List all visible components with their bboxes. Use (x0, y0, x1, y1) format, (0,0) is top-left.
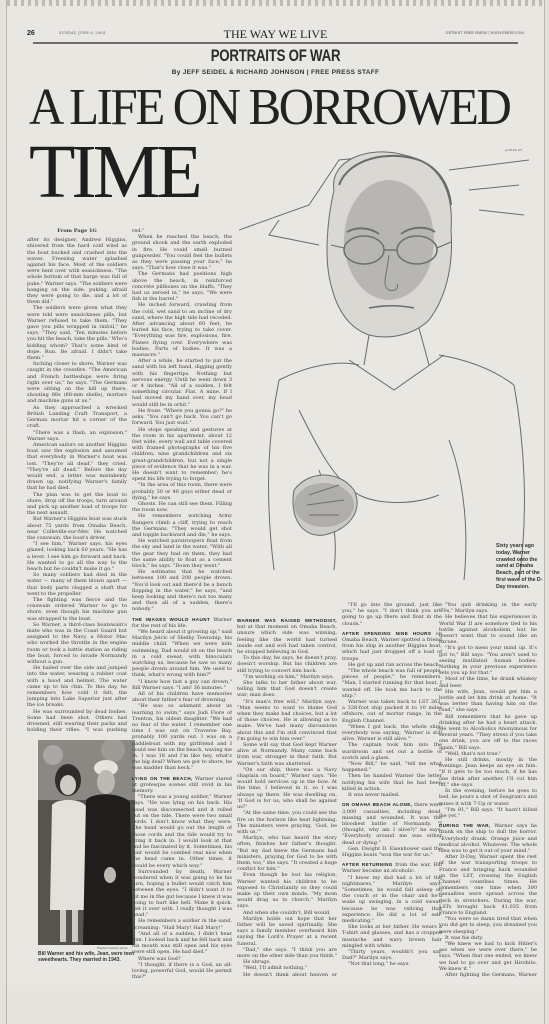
paragraph: "There was a young soldier," Warner says… (132, 794, 232, 868)
paragraph: "When I got back, the whole ship, everyb… (342, 724, 442, 743)
paragraph: "You were so damn tired that when you di… (439, 916, 537, 935)
paragraph: He remembers a soldier in the sand, scre… (132, 918, 232, 930)
column-2: red." When he reached the beach, the gro… (132, 228, 232, 978)
paragraph: The plan was to get the boat to shore, d… (27, 492, 127, 517)
photo-credit: Warner family photo (97, 946, 128, 950)
paragraph: Then he handed Warner the letter notifyi… (342, 773, 442, 792)
subsection-during-war: DURING THE WAR, Warner says he drank on … (439, 823, 537, 854)
paragraph: As they approached a wrecked British Lan… (27, 405, 127, 430)
subsection-nine-hours: AFTER SPENDING NINE HOURS on Omaha Beach… (342, 631, 442, 662)
paragraph: He still drinks, mostly in the evenings.… (439, 757, 537, 788)
paragraph: "Thirty years, wouldn't you say, Dad?" M… (342, 949, 442, 961)
paragraph: "We knew we had to kick Hitler's ass whe… (439, 941, 537, 972)
paragraph: Warner was taken back to LST 262, a 328-… (342, 699, 442, 724)
paragraph: "In the area of this room, there were pr… (132, 482, 232, 501)
paragraph: He was surrounded by dead bodies. Some h… (27, 709, 127, 733)
paragraph: He doesn't think about heaven or hell. (237, 972, 337, 978)
paragraph: She talks to her father about war, telli… (237, 680, 337, 699)
paragraph: She looks at her father. He wears a T-sh… (342, 924, 442, 949)
page-bottom-margin (7, 985, 544, 1024)
pencil-portrait-illustration (239, 150, 539, 590)
paragraph: "I'll go into the ground, just like you,… (342, 602, 442, 627)
paragraph: "You quit drinking in the early '70s," M… (439, 602, 537, 614)
subsection-images-haunt: THE IMAGES WOULD HAUNT Warner for the re… (132, 617, 232, 629)
paragraph: Marilyn, who has heard the story often, … (237, 835, 337, 872)
paragraph: "It's got to mess your mind up. It's got… (439, 645, 537, 676)
paragraph: He watched paratroopers float from the s… (132, 538, 232, 569)
paragraph: He believes that his experiences in Worl… (439, 614, 537, 645)
paragraph: "I see him," Warner says, his eyes glaze… (27, 541, 127, 572)
top-crop-strip (7, 0, 544, 6)
paragraph: In the evening, before he goes to bed, h… (439, 788, 537, 807)
paragraph: The soldiers were given what they were t… (27, 305, 127, 361)
paragraph: "I'm 81," Bill says. "It hasn't killed m… (439, 807, 537, 819)
paragraph: To this day, he says, he doesn't pray, d… (237, 655, 337, 674)
folio-bar: 26 SUNDAY, JUNE 6, 2004 THE WAY WE LIVE … (27, 28, 524, 40)
paragraph: Most of the time, he drank whiskey and b… (439, 676, 537, 688)
paragraph: "The whole beach was full of people, pie… (342, 668, 442, 699)
subsection-lead: THE IMAGES WOULD HAUNT (132, 617, 210, 622)
subsection-lead: AFTER SPENDING NINE HOURS (342, 631, 431, 636)
column-3: WARNER WAS RAISED METHODIST, but at that… (237, 618, 337, 978)
paragraph: He stops speaking and gestures at the ro… (132, 427, 232, 483)
paragraph: American sailors on another Higgins boat… (27, 442, 127, 492)
folio-rule (33, 42, 518, 44)
paragraph: He froze. "Where you gonna go?" he asks.… (132, 408, 232, 427)
column-4: "I'll go into the ground, just like you,… (342, 602, 442, 978)
paragraph: "And all of a sudden, I didn't hear him.… (132, 931, 232, 956)
subsection-lead: LYING ON THE BEACH, (132, 776, 193, 781)
paragraph: "There was a flash, an explosion," Warne… (27, 430, 127, 442)
paragraph: Inching closer to shore, Warner was caug… (27, 361, 127, 404)
byline: By JEFF SEIDEL & RICHARD JOHNSON | FREE … (7, 69, 544, 76)
subsection-raised-methodist: WARNER WAS RAISED METHODIST, but at that… (237, 618, 337, 655)
paragraph: "Dad," she says. "I think you are more o… (237, 947, 337, 959)
subsection-lead: WARNER WAS RAISED METHODIST, (237, 618, 337, 623)
column-1: From Page 1G after its designer, Andrew … (27, 228, 127, 733)
subsection-lead: AFTER RETURNING (342, 862, 393, 867)
subsection-lying-on-beach: LYING ON THE BEACH, Warner stared at gro… (132, 776, 232, 795)
subsection-after-returning: AFTER RETURNING from the war, Bill Warne… (342, 862, 442, 874)
newspaper-page: 26 SUNDAY, JUNE 6, 2004 THE WAY WE LIVE … (6, 0, 545, 1024)
paragraph: "We heard about it growing up," said Mar… (132, 629, 232, 679)
paragraph: Bill remembers that he gave up drinking … (439, 714, 537, 751)
paragraph: "I know my dad had a lot of the nightmar… (342, 875, 442, 925)
paragraph: He inched forward, crawling from the col… (132, 302, 232, 358)
paragraph: After D-Day, Warner spent the rest of th… (439, 854, 537, 916)
subsection-omaha-alone: ON OMAHA BEACH ALONE, there were 3,000 c… (342, 802, 442, 845)
couple-photo (38, 740, 135, 945)
portrait-caption: Sixty years ago today, Warner crawled on… (496, 543, 546, 591)
paragraph: "Not that long," he says. (342, 961, 442, 967)
paragraph: All of his children have memories about … (132, 691, 232, 703)
photo-caption: Bill Warner and his wife, Jean, were tee… (38, 951, 138, 964)
paragraph: It was never mailed. (342, 792, 442, 798)
paragraph: So Warner, a third-class boatswain's mat… (27, 622, 127, 665)
portrait-credit: portrait art (505, 148, 522, 152)
paragraph: after its designer, Andrew Higgins, shiv… (27, 237, 127, 305)
paragraph: After a while, he started to pat the san… (132, 358, 232, 408)
paragraph: After fighting the Germans, Warner expec… (439, 972, 537, 978)
paragraph: but at that moment on Omaha Beach, unsur… (237, 624, 337, 655)
paragraph: And when she couldn't, Bill would. (237, 910, 337, 916)
paragraph: His wife, Jean, would get him a bottle a… (439, 689, 537, 714)
paragraph: The fighting was fierce and the coxswain… (27, 597, 127, 622)
paragraph: Gen. Dwight D. Eisenhower said the Higgi… (342, 846, 442, 858)
paragraph: Even though he lost his religion, Warner… (237, 872, 337, 909)
paragraph: He estimates that he watched between 100… (132, 569, 232, 612)
headline-line-2: TIME (29, 134, 199, 210)
paragraph: there were 3,000 casualties, including d… (342, 802, 442, 845)
publication-name: DETROIT FREE PRESS | WWW.FREEP.COM (446, 31, 524, 35)
paragraph: "On our ship, there was a Navy chaplain … (237, 767, 337, 810)
paragraph: "Now Bill," he said, "tell me what happe… (342, 761, 442, 773)
paragraph: Surrounded by death, Warner wondered whe… (132, 869, 232, 919)
paragraph: Some will say that God kept Warner alive… (237, 742, 337, 767)
paragraph: Ghosts. He can still see them. Filling t… (132, 501, 232, 513)
paragraph: So many soldiers had died in the water —… (27, 572, 127, 597)
paragraph: "I thought, if there is a God, an all-lo… (132, 962, 232, 978)
paragraph: "I know how fast a guy can drown," Bill … (132, 679, 232, 691)
couple-photo-image (38, 740, 135, 945)
subsection-lead: DURING THE WAR, (439, 823, 491, 828)
subsection-lead: ON OMAHA BEACH ALONE, (342, 802, 412, 807)
paragraph: Marilyn holds out hope that her father w… (237, 916, 337, 947)
paragraph: When he reached the beach, the ground sh… (132, 234, 232, 271)
paragraph: "At the same time, you could see the fir… (237, 810, 337, 835)
headline-line-1: A LIFE ON BORROWED (29, 80, 509, 136)
paragraph: He bailed over the side and jumped into … (27, 665, 127, 708)
jump-line: From Page 1G (27, 228, 127, 234)
column-5: "You quit drinking in the early '70s," M… (439, 602, 537, 978)
paragraph: "He was so adamant about us learning to … (132, 703, 232, 771)
paragraph: The captain took him into the wardroom a… (342, 742, 442, 761)
paragraph: "It's man's free will," Marilyn says. "M… (237, 699, 337, 742)
story-kicker: PORTRAITS OF WAR (66, 46, 485, 66)
paragraph: But Warner's Higgins boat was stuck abou… (27, 516, 127, 541)
paragraph: He remembers watching Army Rangers climb… (132, 513, 232, 538)
paragraph: The Germans had positions high above the… (132, 271, 232, 302)
